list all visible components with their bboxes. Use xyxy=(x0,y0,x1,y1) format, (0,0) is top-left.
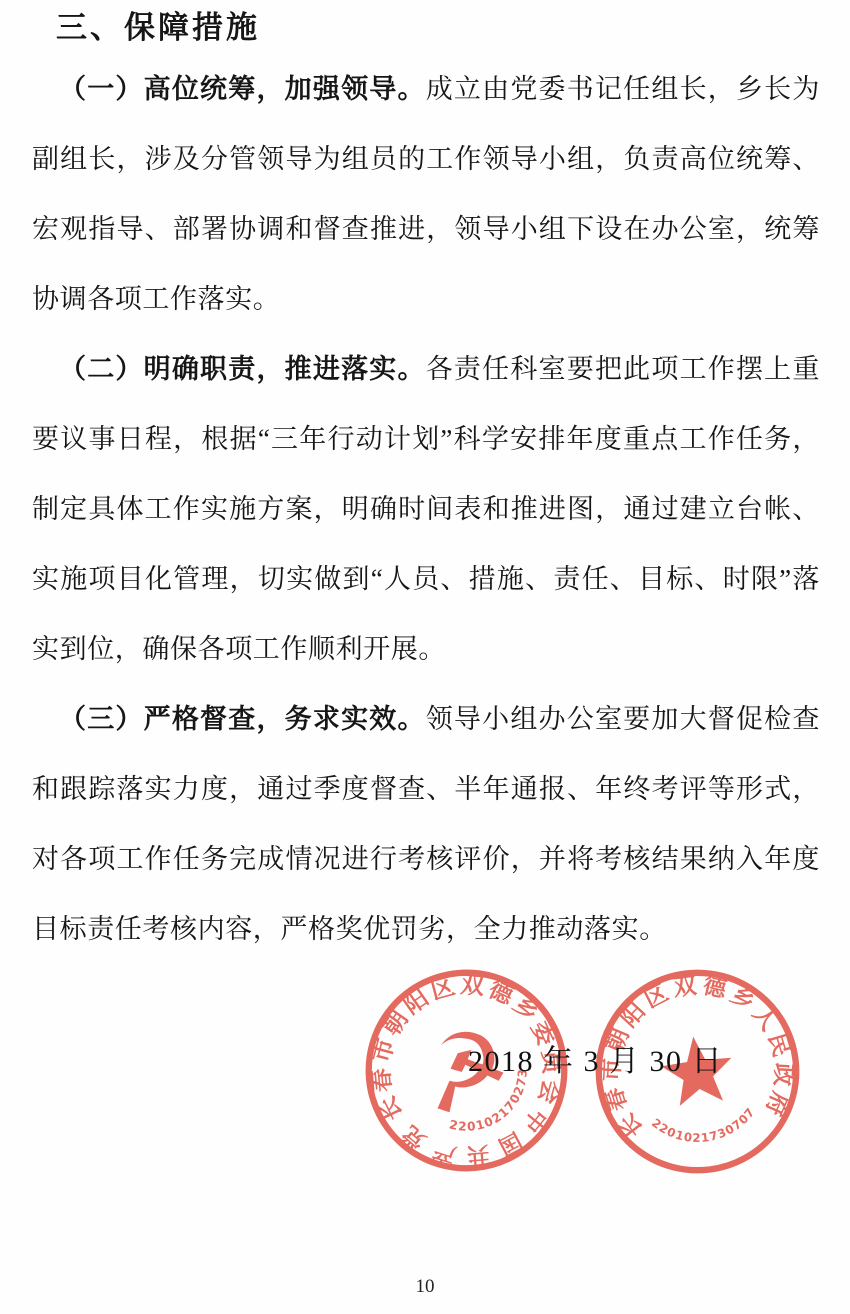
document-page: 三、保障措施 （一）高位统筹，加强领导。成立由党委书记任组长，乡长为副组长，涉及… xyxy=(0,0,850,1314)
document-body: 三、保障措施 （一）高位统筹，加强领导。成立由党委书记任组长，乡长为副组长，涉及… xyxy=(32,2,820,964)
page-number: 10 xyxy=(0,1276,850,1298)
seal-code-text: 2201021730707 xyxy=(648,1104,761,1152)
paragraph: （三）严格督查，务求实效。领导小组办公室要加大督促检查和跟踪落实力度，通过季度督… xyxy=(32,684,820,964)
paragraph-lead: （一）高位统筹，加强领导。 xyxy=(59,74,426,104)
paragraph-lead: （三）严格督查，务求实效。 xyxy=(59,704,426,734)
document-date: 2018 年 3 月 30 日 xyxy=(468,1036,723,1080)
paragraph-text: 领导小组办公室要加大督促检查和跟踪落实力度，通过季度督查、半年通报、年终考评等形… xyxy=(32,704,820,944)
section-heading: 三、保障措施 xyxy=(56,2,820,54)
paragraph-lead: （二）明确职责，推进落实。 xyxy=(59,354,426,384)
paragraph: （二）明确职责，推进落实。各责任科室要把此项工作摆上重要议事日程，根据“三年行动… xyxy=(32,334,820,684)
paragraph-text: 成立由党委书记任组长，乡长为副组长，涉及分管领导为组员的工作领导小组，负责高位统… xyxy=(32,74,820,314)
paragraph: （一）高位统筹，加强领导。成立由党委书记任组长，乡长为副组长，涉及分管领导为组员… xyxy=(32,54,820,334)
paragraph-text: 各责任科室要把此项工作摆上重要议事日程，根据“三年行动计划”科学安排年度重点工作… xyxy=(32,354,820,664)
